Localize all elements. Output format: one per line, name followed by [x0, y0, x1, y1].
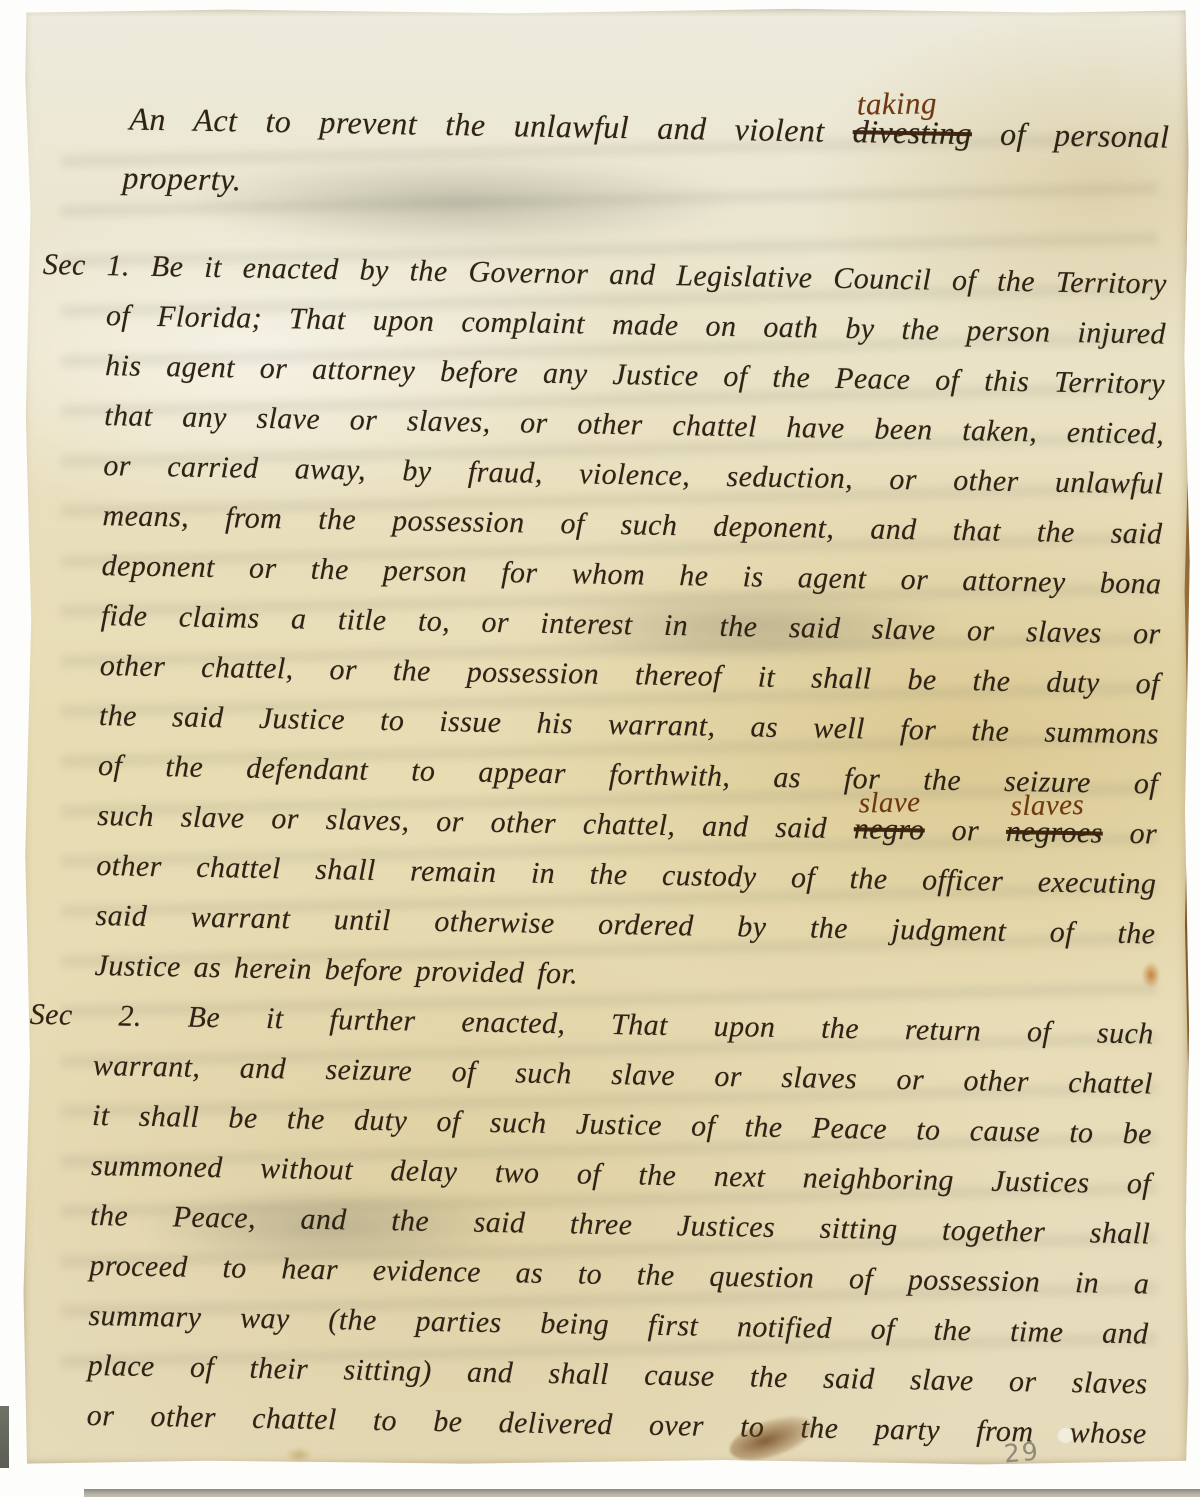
document-scan: An Act to prevent the unlawful and viole… [0, 0, 1200, 1497]
paper-deckle-edge [1183, 8, 1192, 1464]
inserted-correction-word: slave [858, 778, 921, 829]
act-sections: Sec 1. Be it enacted by the Governor and… [20, 240, 1167, 1459]
act-section: Sec 2. Be it further enacted, That upon … [20, 990, 1154, 1460]
struck-word: negroesslaves [1006, 807, 1104, 859]
inserted-correction-word: taking [857, 74, 938, 134]
struck-word: divestingtaking [852, 102, 972, 163]
scan-edge-artifact [0, 1406, 9, 1468]
handwritten-text: An Act to prevent the unlawful and viole… [20, 88, 1169, 1459]
pencil-page-number: 29 [1003, 1436, 1041, 1468]
struck-word: negroslave [853, 804, 925, 855]
next-page-edge [84, 1489, 1200, 1497]
inserted-correction-word: slaves [1010, 780, 1084, 831]
act-section: Sec 1. Be it enacted by the Governor and… [28, 240, 1167, 1010]
act-title: An Act to prevent the unlawful and viole… [42, 88, 1170, 226]
